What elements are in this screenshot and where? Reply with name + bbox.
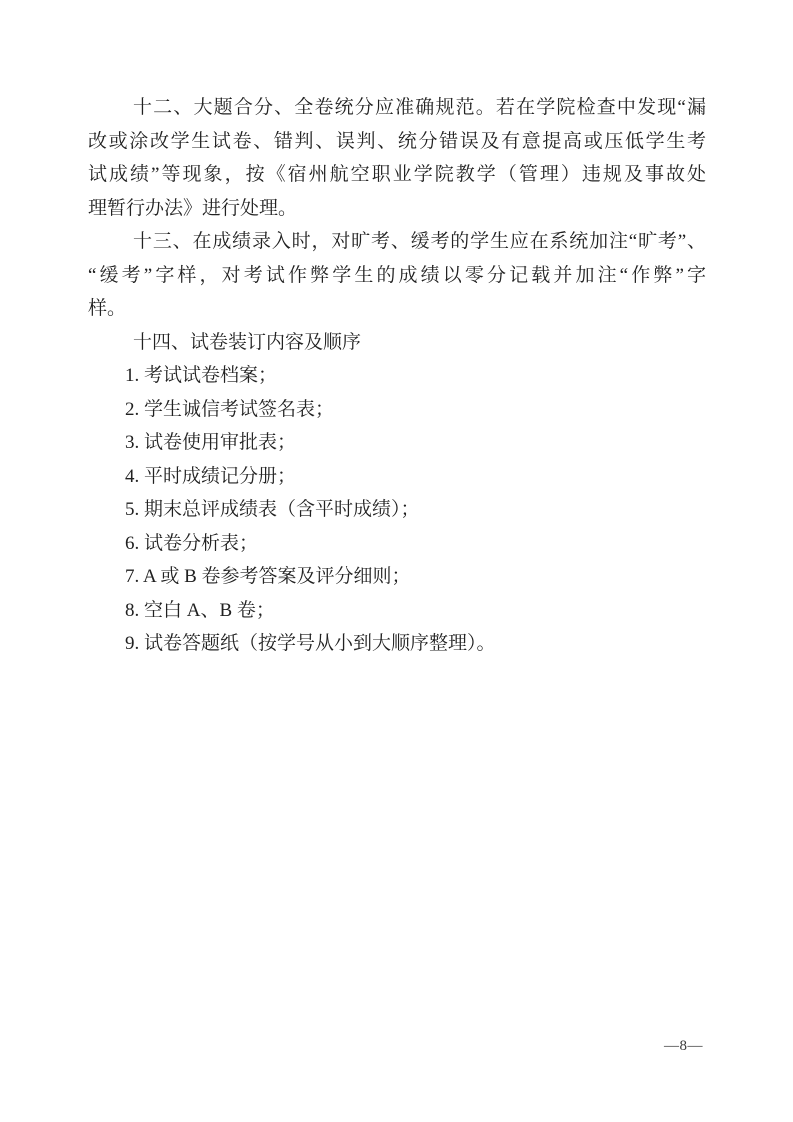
text-line: “缓考”字样，对考试作弊学生的成绩以零分记载并加注“作弊”字 — [88, 259, 706, 293]
document-body: 十二、大题合分、全卷统分应准确规范。若在学院检查中发现“漏 改或涂改学生试卷、错… — [88, 91, 706, 661]
document-page: 十二、大题合分、全卷统分应准确规范。若在学院检查中发现“漏 改或涂改学生试卷、错… — [0, 0, 793, 1122]
text-line: 试成绩”等现象，按《宿州航空职业学院教学（管理）违规及事故处 — [88, 158, 706, 192]
text-line: 改或涂改学生试卷、错判、误判、统分错误及有意提高或压低学生考 — [88, 125, 706, 159]
list-item: 1. 考试试卷档案； — [88, 359, 706, 393]
list-item: 6. 试卷分析表； — [88, 527, 706, 561]
list-item: 5. 期末总评成绩表（含平时成绩）； — [88, 493, 706, 527]
list-item: 3. 试卷使用审批表； — [88, 426, 706, 460]
list-item: 9. 试卷答题纸（按学号从小到大顺序整理）。 — [88, 627, 706, 661]
text-line: 十三、在成绩录入时，对旷考、缓考的学生应在系统加注“旷考”、 — [88, 225, 706, 259]
section-heading: 十四、试卷装订内容及顺序 — [88, 326, 706, 360]
page-number: —8— — [664, 1036, 703, 1056]
list-item: 4. 平时成绩记分册； — [88, 460, 706, 494]
text-line: 理暂行办法》进行处理。 — [88, 192, 706, 226]
list-item: 8. 空白 A、B 卷； — [88, 594, 706, 628]
list-item: 7. A 或 B 卷参考答案及评分细则； — [88, 560, 706, 594]
list-item: 2. 学生诚信考试签名表； — [88, 393, 706, 427]
text-line: 样。 — [88, 292, 706, 326]
text-line: 十二、大题合分、全卷统分应准确规范。若在学院检查中发现“漏 — [88, 91, 706, 125]
